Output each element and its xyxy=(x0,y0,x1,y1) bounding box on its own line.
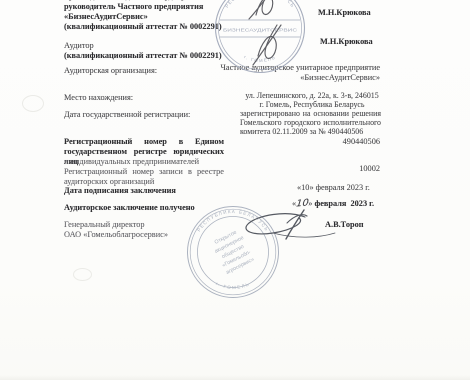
signing-date-value: «10» февраля 2023 г. xyxy=(297,183,370,193)
signer2-label: Аудитор xyxy=(64,41,94,51)
signer1-name: М.Н.Крюкова xyxy=(318,8,371,18)
auditor-stamp-texts: РЕСПУБЛИКА БЕЛАРУСЬ г. ГОМЕЛЬ БИЗНЕСАУДИ… xyxy=(223,0,298,63)
signer2-attestate: (квалификационный аттестат № 0002291) xyxy=(64,51,222,61)
org-label: Аудиторская организация: xyxy=(64,66,157,76)
director-signature xyxy=(235,205,360,245)
egr-label-line3: и индивидуальных предпринимателей xyxy=(64,157,199,167)
director-label-line2: ОАО «Гомельоблагросервис» xyxy=(64,230,168,240)
location-label: Место нахождения: xyxy=(64,93,133,103)
reg-date-value-line3: комитета 02.11.2009 за № 490440506 xyxy=(240,127,363,137)
signer1-label-line1: руководитель Частного предприятия xyxy=(64,2,203,12)
svg-text:г. ГОМЕЛЬ: г. ГОМЕЛЬ xyxy=(215,281,251,290)
org-value-line2: «БизнесАудитСервис» xyxy=(300,73,380,83)
registry-label-line1: Регистрационный номер записи в реестре xyxy=(64,167,224,177)
scan-bottom-shade xyxy=(0,375,470,380)
scan-artifact-bottom xyxy=(73,268,92,281)
scanned-audit-document: Руководитель задания по аудиту, руководи… xyxy=(0,0,470,380)
scan-artifact-top xyxy=(22,95,44,112)
client-stamp-rim-bottom-text: г. ГОМЕЛЬ xyxy=(215,281,251,290)
auditor-round-stamp: РЕСПУБЛИКА БЕЛАРУСЬ г. ГОМЕЛЬ БИЗНЕСАУДИ… xyxy=(213,0,307,75)
egr-label-line1: Регистрационный номер в Едином xyxy=(64,137,224,147)
reg-date-label: Дата государственной регистрации: xyxy=(64,110,190,120)
signing-date-label: Дата подписания заключения xyxy=(64,186,176,196)
registry-number-value: 10002 xyxy=(359,164,380,174)
signer2-name: М.Н.Крюкова xyxy=(320,37,373,47)
egr-number-value: 490440506 xyxy=(343,137,380,147)
auditor-stamp-band-text: БИЗНЕСАУДИТСЕРВИС xyxy=(223,28,298,34)
received-label: Аудиторское заключение получено xyxy=(64,203,195,213)
director-label-line1: Генеральный директор xyxy=(64,220,145,230)
signer1-label-line2: «БизнесАудитСервис» xyxy=(64,12,148,22)
signer1-label-line3: (квалификационный аттестат № 0002291) xyxy=(64,22,222,32)
